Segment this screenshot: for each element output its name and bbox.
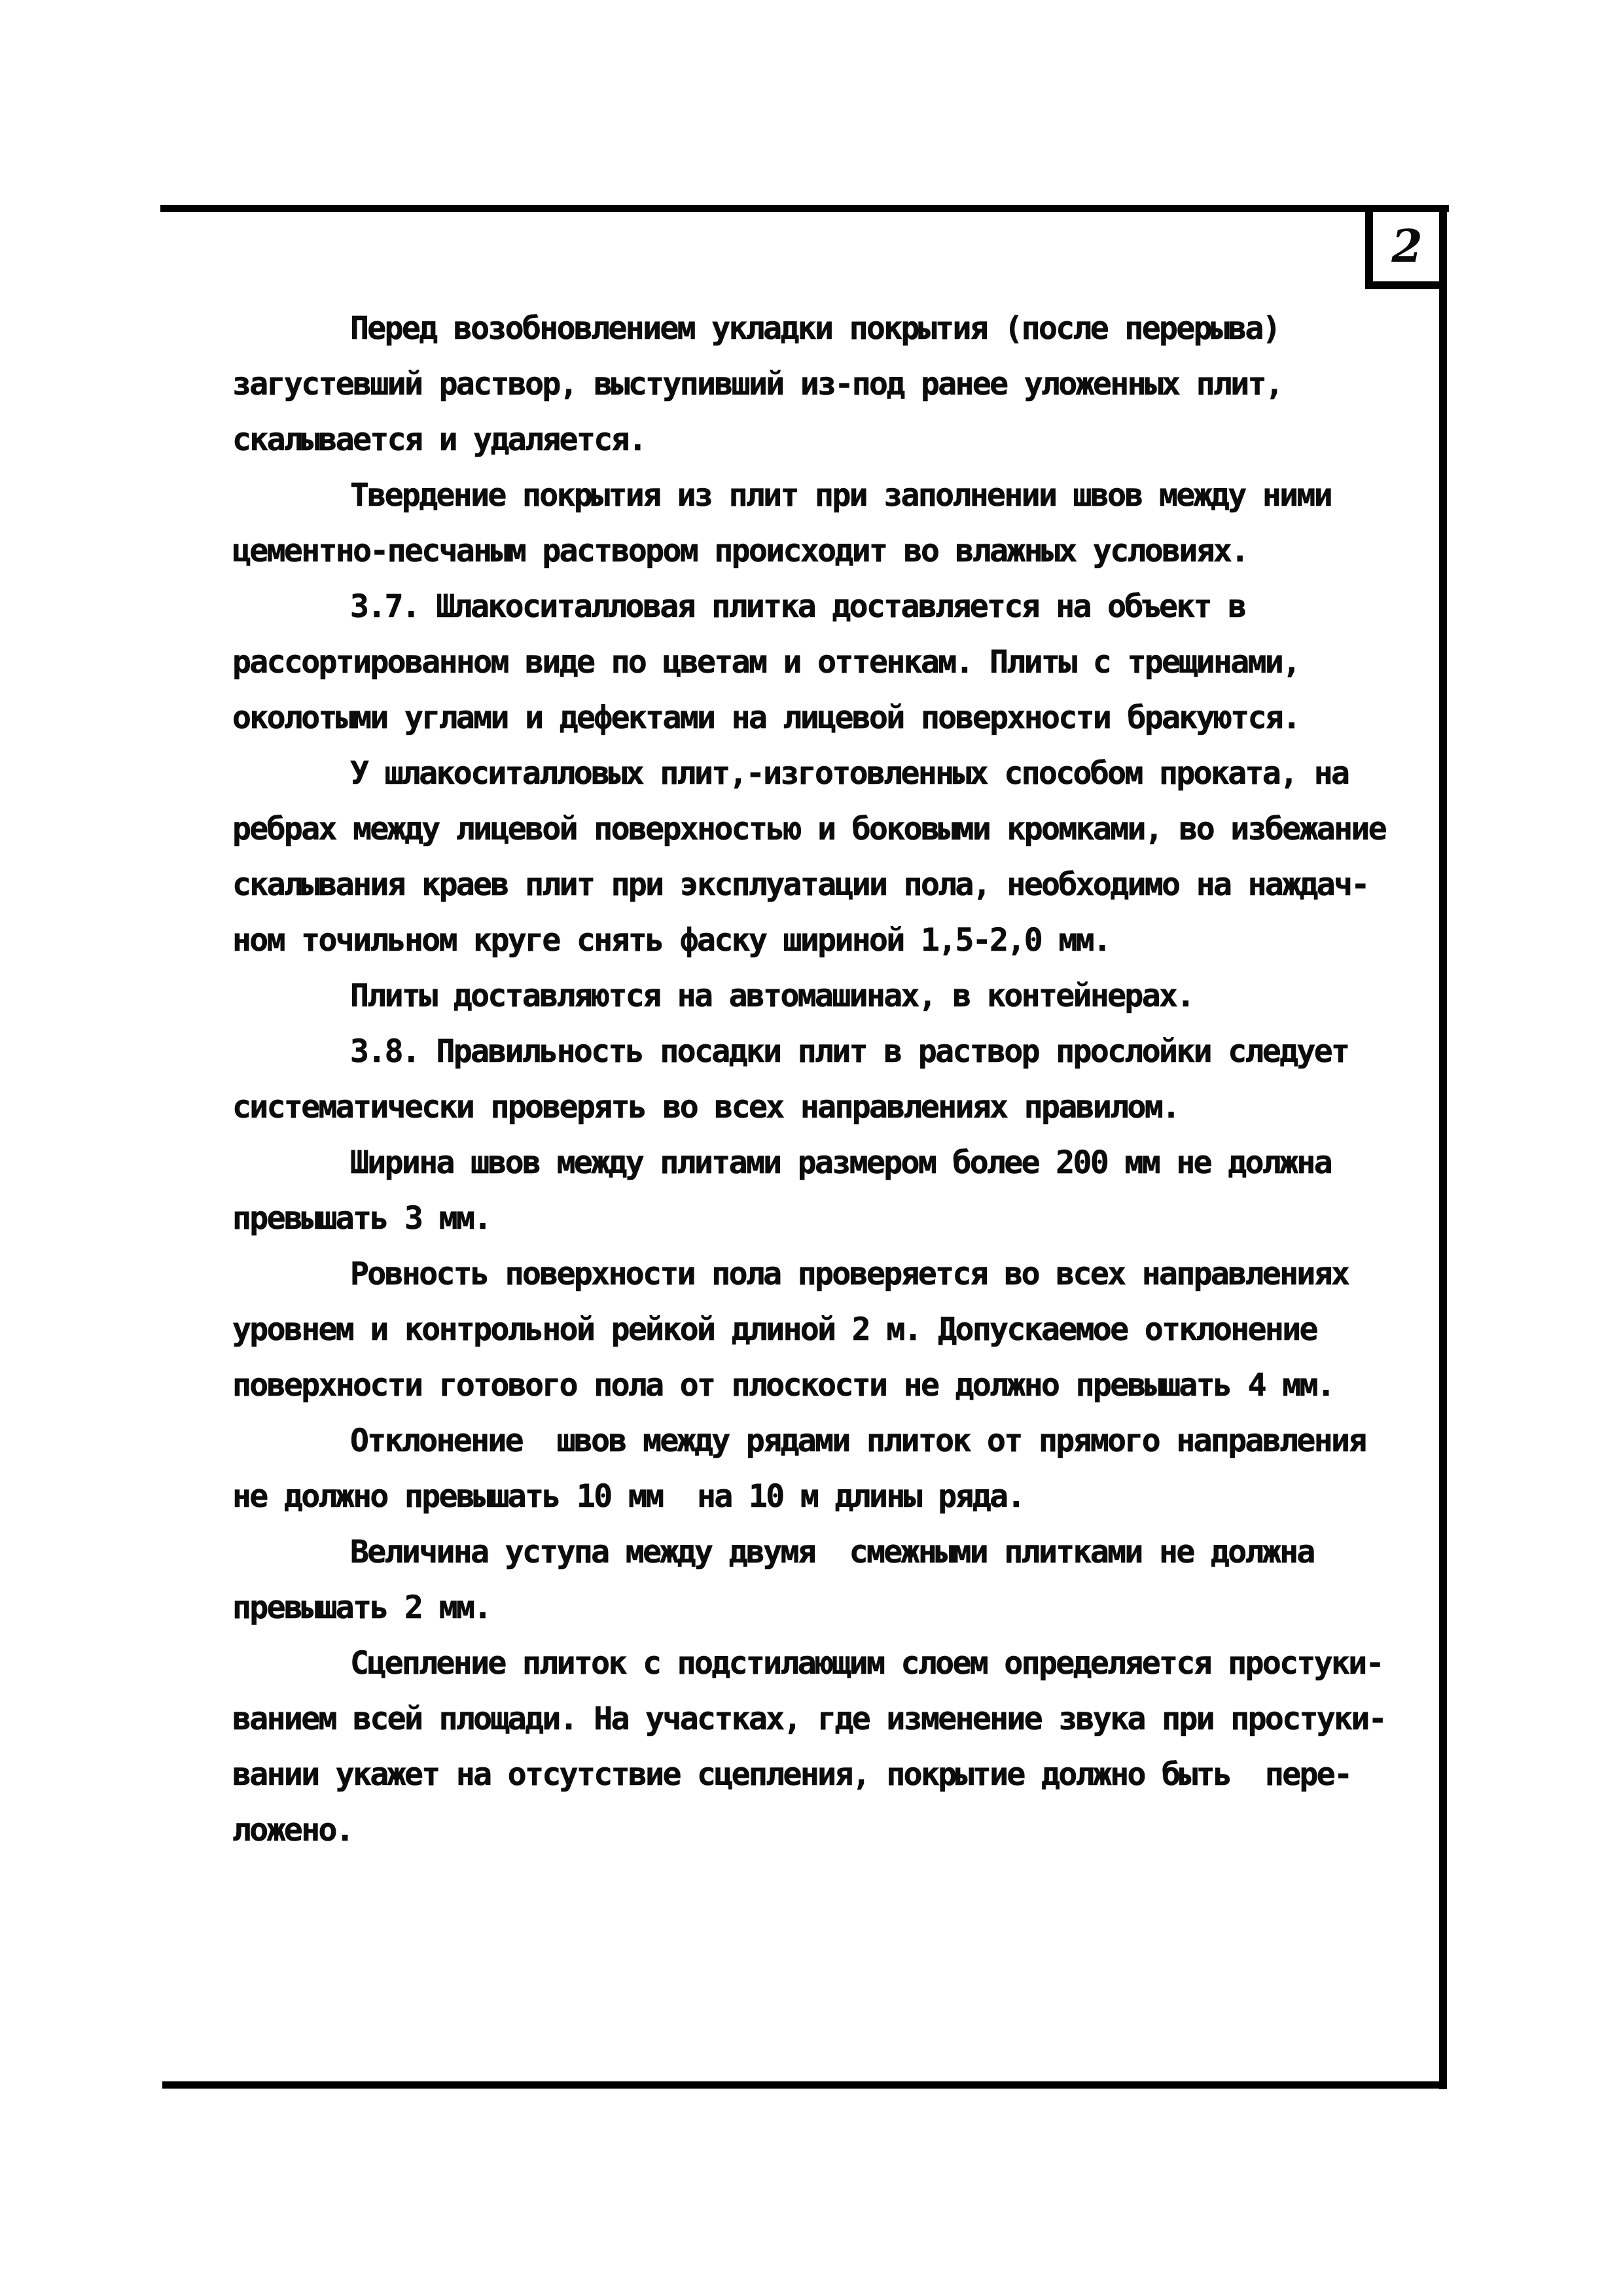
text-line: загустевший раствор, выступивший из-под … bbox=[232, 357, 1450, 412]
document-text-block: Перед возобновлением укладки покрытия (п… bbox=[232, 301, 1450, 1858]
text-line: ребрах между лицевой поверхностью и боко… bbox=[232, 802, 1450, 857]
text-line: ложено. bbox=[232, 1803, 1450, 1858]
text-line: превышать 2 мм. bbox=[232, 1580, 1450, 1636]
text-line: Ширина швов между плитами размером более… bbox=[232, 1135, 1450, 1191]
text-line: вании укажет на отсутствие сцепления, по… bbox=[232, 1747, 1450, 1803]
text-line: Перед возобновлением укладки покрытия (п… bbox=[232, 301, 1450, 357]
text-line: не должно превышать 10 мм на 10 м длины … bbox=[232, 1469, 1450, 1525]
text-line: Плиты доставляются на автомашинах, в кон… bbox=[232, 968, 1450, 1024]
text-line: поверхности готового пола от плоскости н… bbox=[232, 1358, 1450, 1413]
text-line: ванием всей площади. На участках, где из… bbox=[232, 1691, 1450, 1747]
text-line: рассортированном виде по цветам и оттенк… bbox=[232, 635, 1450, 690]
text-line: уровнем и контрольной рейкой длиной 2 м.… bbox=[232, 1302, 1450, 1358]
text-line: систематически проверять во всех направл… bbox=[232, 1080, 1450, 1135]
text-line: У шлакоситалловых плит,-изготовленных сп… bbox=[232, 746, 1450, 802]
text-line: околотыми углами и дефектами на лицевой … bbox=[232, 690, 1450, 746]
text-line: ном точильном круге снять фаску шириной … bbox=[232, 913, 1450, 968]
text-line: Величина уступа между двумя смежными пли… bbox=[232, 1525, 1450, 1580]
text-line: Твердение покрытия из плит при заполнени… bbox=[232, 468, 1450, 523]
scanned-page: 2 Перед возобновлением укладки покрытия … bbox=[0, 0, 1623, 2296]
text-line: превышать 3 мм. bbox=[232, 1191, 1450, 1246]
page-number-box-bottom-line bbox=[1365, 281, 1442, 289]
text-line: скалывания краев плит при эксплуатации п… bbox=[232, 857, 1450, 913]
text-line: цементно-песчаным раствором происходит в… bbox=[232, 523, 1450, 579]
text-line: 3.8. Правильность посадки плит в раствор… bbox=[232, 1024, 1450, 1080]
text-line: 3.7. Шлакоситалловая плитка доставляется… bbox=[232, 579, 1450, 635]
page-number: 2 bbox=[1373, 212, 1441, 281]
text-line: Сцепление плиток с подстилающим слоем оп… bbox=[232, 1636, 1450, 1691]
bottom-border-line bbox=[162, 2081, 1447, 2089]
text-line: Ровность поверхности пола проверяется во… bbox=[232, 1246, 1450, 1302]
text-line: скалывается и удаляется. bbox=[232, 412, 1450, 468]
text-line: Отклонение швов между рядами плиток от п… bbox=[232, 1413, 1450, 1469]
page-number-box-left-line bbox=[1365, 208, 1373, 289]
top-border-line bbox=[160, 205, 1449, 212]
